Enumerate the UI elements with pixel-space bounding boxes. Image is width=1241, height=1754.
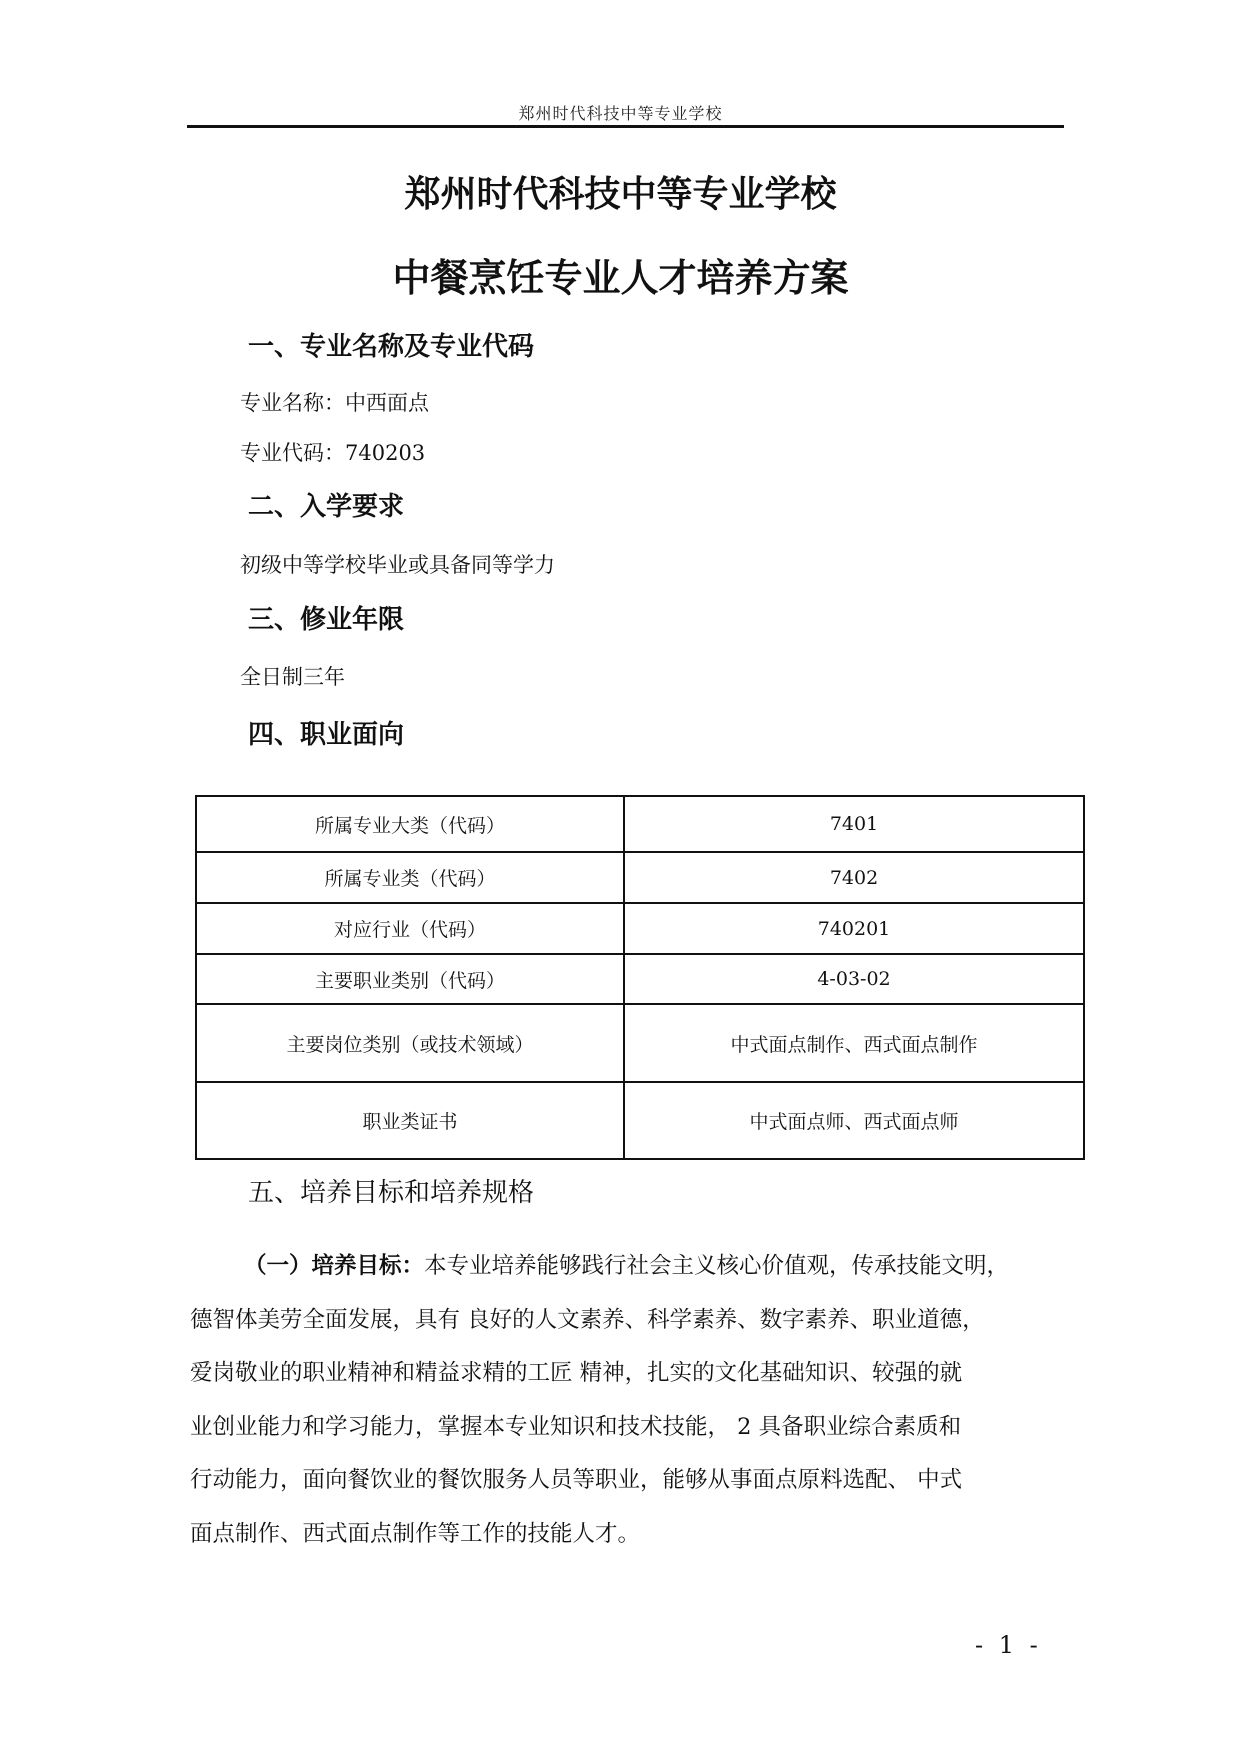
table-label: 对应行业（代码）	[196, 903, 624, 954]
table-row: 对应行业（代码） 740201	[196, 903, 1084, 954]
table-value: 中式面点制作、西式面点制作	[624, 1004, 1084, 1082]
document-title: 中餐烹饪专业人才培养方案	[0, 255, 1241, 301]
table-row: 主要岗位类别（或技术领域） 中式面点制作、西式面点制作	[196, 1004, 1084, 1082]
table-value: 7401	[624, 796, 1084, 852]
training-objective-paragraph: （一）培养目标：本专业培养能够践行社会主义核心价值观，传承技能文明， 德智体美劳…	[190, 1240, 1070, 1561]
study-duration: 全日制三年	[240, 663, 345, 691]
table-label: 职业类证书	[196, 1082, 624, 1159]
paragraph-line: （一）培养目标：本专业培养能够践行社会主义核心价值观，传承技能文明，	[190, 1240, 1070, 1294]
major-name-line: 专业名称：中西面点	[240, 389, 429, 417]
table-label: 所属专业类（代码）	[196, 852, 624, 903]
table-row: 所属专业大类（代码） 7401	[196, 796, 1084, 852]
section-heading-2: 二、入学要求	[248, 491, 404, 523]
table-label: 主要岗位类别（或技术领域）	[196, 1004, 624, 1082]
school-title: 郑州时代科技中等专业学校	[0, 172, 1241, 216]
table-label: 主要职业类别（代码）	[196, 954, 624, 1004]
career-orientation-table: 所属专业大类（代码） 7401 所属专业类（代码） 7402 对应行业（代码） …	[195, 795, 1085, 1160]
page-number: - 1 -	[975, 1630, 1042, 1660]
admission-requirement: 初级中等学校毕业或具备同等学力	[240, 551, 555, 579]
paragraph-line: 爱岗敬业的职业精神和精益求精的工匠 精神，扎实的文化基础知识、较强的就	[190, 1347, 1070, 1401]
table-value: 4-03-02	[624, 954, 1084, 1004]
table-value: 中式面点师、西式面点师	[624, 1082, 1084, 1159]
running-header: 郑州时代科技中等专业学校	[0, 104, 1241, 124]
table-row: 职业类证书 中式面点师、西式面点师	[196, 1082, 1084, 1159]
table-value: 7402	[624, 852, 1084, 903]
paragraph-line: 行动能力，面向餐饮业的餐饮服务人员等职业，能够从事面点原料选配、 中式	[190, 1454, 1070, 1508]
table-label: 所属专业大类（代码）	[196, 796, 624, 852]
paragraph-line: 德智体美劳全面发展，具有 良好的人文素养、科学素养、数字素养、职业道德，	[190, 1294, 1070, 1348]
table-value: 740201	[624, 903, 1084, 954]
major-code-line: 专业代码：740203	[240, 439, 425, 467]
paragraph-text: 本专业培养能够践行社会主义核心价值观，传承技能文明，	[424, 1253, 1009, 1279]
section-heading-3: 三、修业年限	[248, 604, 404, 636]
table-row: 所属专业类（代码） 7402	[196, 852, 1084, 903]
section-heading-5: 五、培养目标和培养规格	[248, 1177, 534, 1209]
section-heading-4: 四、职业面向	[248, 719, 404, 751]
section-heading-1: 一、专业名称及专业代码	[248, 331, 534, 363]
header-rule	[187, 125, 1064, 128]
subsection-lead: （一）培养目标：	[244, 1253, 424, 1279]
table-row: 主要职业类别（代码） 4-03-02	[196, 954, 1084, 1004]
paragraph-line: 业创业能力和学习能力，掌握本专业知识和技术技能， 2 具备职业综合素质和	[190, 1401, 1070, 1455]
paragraph-line: 面点制作、西式面点制作等工作的技能人才。	[190, 1508, 1070, 1562]
